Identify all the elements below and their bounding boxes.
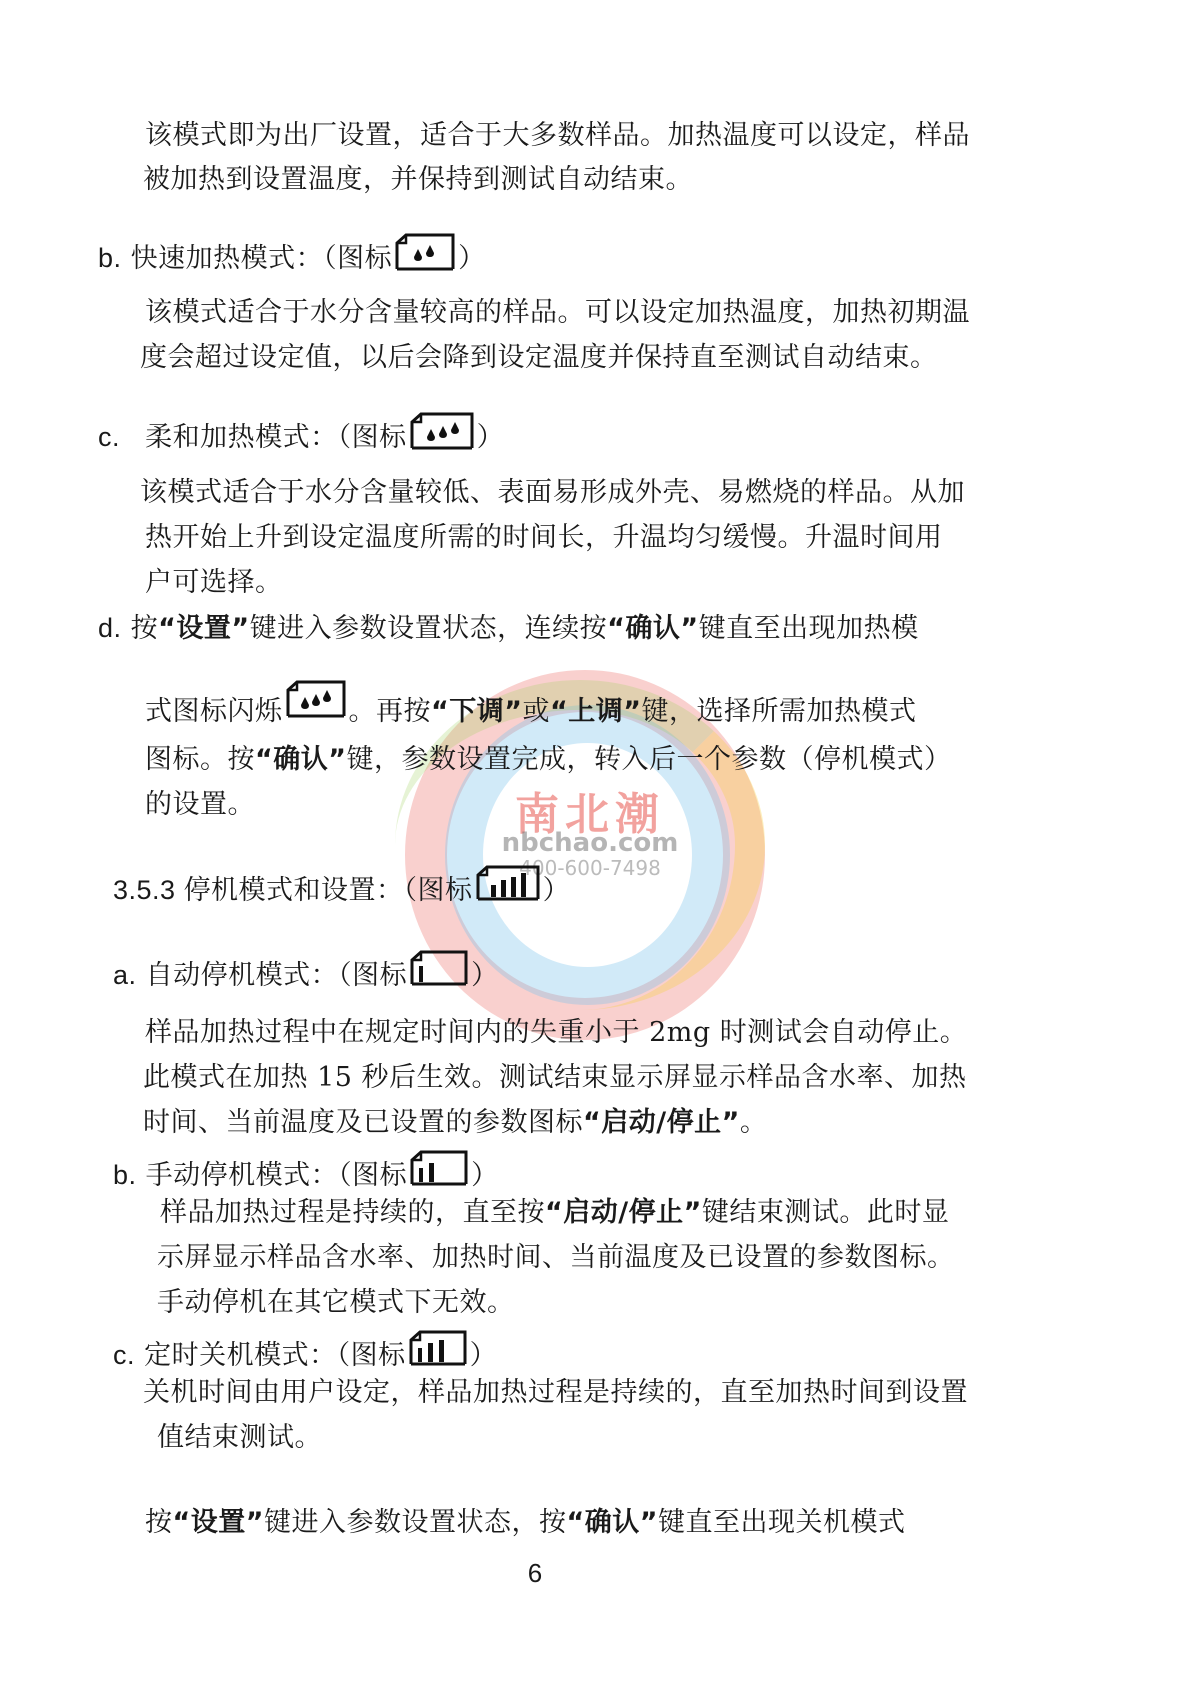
heating-setup-line-2: 式图标闪烁 。再按“下调”或“上调”键，选择所需加热模式 <box>145 680 917 730</box>
list-marker: a. <box>113 960 137 990</box>
heating-setup-line-3: 图标。按“确认”键，参数设置完成，转入后一个参数（停机模式） <box>145 742 952 778</box>
auto-stop-heading: a. 自动停机模式：（图标 ） <box>113 950 499 994</box>
gentle-mode-desc-3: 户可选择。 <box>145 565 283 601</box>
list-marker: c. <box>113 1340 135 1370</box>
fast-mode-desc-1: 该模式适合于水分含量较高的样品。可以设定加热温度，加热初期温 <box>145 295 970 331</box>
watermark-site: nbchao.com <box>395 828 785 858</box>
section-heading-stop-mode: 3.5.3停机模式和设置：（图标 ） <box>113 865 570 909</box>
key-confirm: “确认” <box>255 744 347 775</box>
text: 图标。按 <box>145 744 255 775</box>
text: 键，选择所需加热模式 <box>642 696 917 727</box>
auto-stop-desc-3: 时间、当前温度及已设置的参数图标“启动/停止”。 <box>143 1105 767 1141</box>
text: 键进入参数设置状态，连续按 <box>250 613 608 644</box>
key-start-stop: “启动/停止” <box>583 1107 740 1138</box>
timed-stop-icon <box>408 1330 468 1368</box>
text: 键进入参数设置状态，按 <box>264 1507 567 1538</box>
auto-stop-title: 自动停机模式：（图标 <box>146 960 408 991</box>
auto-stop-desc-2: 此模式在加热 15 秒后生效。测试结束显示屏显示样品含水率、加热 <box>143 1060 967 1096</box>
section-title: 停机模式和设置：（图标 <box>184 875 473 906</box>
auto-stop-desc-1: 样品加热过程中在规定时间内的失重小于 2mg 时测试会自动停止。 <box>145 1015 967 1051</box>
list-marker: d. <box>98 613 122 643</box>
page-number: 6 <box>0 1558 1070 1589</box>
text: 键直至出现关机模式 <box>658 1507 906 1538</box>
timed-stop-title: 定时关机模式：（图标 <box>144 1340 406 1371</box>
gentle-mode-desc-2: 热开始上升到设定温度所需的时间长，升温均匀缓慢。升温时间用 <box>145 520 943 556</box>
gentle-mode-heading: c. 柔和加热模式：（图标 ） <box>98 412 504 456</box>
auto-stop-close: ） <box>471 960 499 991</box>
standard-mode-desc-1: 该模式即为出厂设置，适合于大多数样品。加热温度可以设定，样品 <box>145 118 970 154</box>
manual-stop-heading: b. 手动停机模式：（图标 ） <box>113 1150 499 1194</box>
key-confirm: “确认” <box>607 613 699 644</box>
key-settings: “设置” <box>158 613 250 644</box>
key-down: “下调” <box>431 696 523 727</box>
list-marker: b. <box>113 1160 137 1190</box>
gentle-mode-close: ） <box>477 422 505 453</box>
text: 按 <box>145 1507 173 1538</box>
auto-stop-icon <box>409 950 469 988</box>
timed-stop-close: ） <box>470 1340 498 1371</box>
text: 按 <box>131 613 159 644</box>
manual-stop-desc-3: 手动停机在其它模式下无效。 <box>157 1285 515 1321</box>
timed-stop-desc-1: 关机时间由用户设定，样品加热过程是持续的，直至加热时间到设置 <box>143 1375 968 1411</box>
text: 。 <box>740 1107 768 1138</box>
manual-stop-desc-1: 样品加热过程是持续的，直至按“启动/停止”键结束测试。此时显 <box>160 1195 949 1231</box>
fast-mode-desc-2: 度会超过设定值，以后会降到设定温度并保持直至测试自动结束。 <box>140 340 938 376</box>
heating-setup-line-4: 的设置。 <box>145 787 255 823</box>
text: 键直至出现加热模 <box>699 613 919 644</box>
text: 样品加热过程是持续的，直至按 <box>160 1197 545 1228</box>
section-close: ） <box>543 875 571 906</box>
list-marker: b. <box>98 243 122 273</box>
stop-mode-icon <box>475 865 541 903</box>
fast-heating-mode-icon <box>394 233 456 271</box>
standard-mode-desc-2: 被加热到设置温度，并保持到测试自动结束。 <box>143 162 693 198</box>
watermark-brand: 南北潮 <box>395 778 785 842</box>
heating-mode-blink-icon <box>285 680 347 718</box>
text: 式图标闪烁 <box>145 696 283 727</box>
text: 键，参数设置完成，转入后一个参数（停机模式） <box>347 744 952 775</box>
timed-stop-desc-2: 值结束测试。 <box>157 1420 322 1456</box>
key-start-stop: “启动/停止” <box>545 1197 702 1228</box>
manual-stop-close: ） <box>471 1160 499 1191</box>
heating-setup-line-1: d. 按“设置”键进入参数设置状态，连续按“确认”键直至出现加热模 <box>98 610 919 647</box>
manual-stop-icon <box>409 1150 469 1188</box>
text: 键结束测试。此时显 <box>702 1197 950 1228</box>
fast-mode-close: ） <box>458 243 486 274</box>
section-number: 3.5.3 <box>113 875 176 905</box>
text: 。再按 <box>349 696 432 727</box>
key-confirm: “确认” <box>567 1507 659 1538</box>
text: 或 <box>523 696 551 727</box>
gentle-mode-title: 柔和加热模式：（图标 <box>145 422 407 453</box>
timed-stop-heading: c. 定时关机模式：（图标 ） <box>113 1330 497 1374</box>
manual-stop-desc-2: 示屏显示样品含水率、加热时间、当前温度及已设置的参数图标。 <box>157 1240 955 1276</box>
stop-setup-line-1: 按“设置”键进入参数设置状态，按“确认”键直至出现关机模式 <box>145 1505 906 1541</box>
fast-mode-title: 快速加热模式：（图标 <box>131 243 393 274</box>
manual-stop-title: 手动停机模式：（图标 <box>146 1160 408 1191</box>
gentle-mode-desc-1: 该模式适合于水分含量较低、表面易形成外壳、易燃烧的样品。从加 <box>140 475 965 511</box>
text: 时间、当前温度及已设置的参数图标 <box>143 1107 583 1138</box>
key-up: “上调” <box>550 696 642 727</box>
fast-mode-heading: b. 快速加热模式：（图标 ） <box>98 233 486 277</box>
gentle-heating-mode-icon <box>409 412 475 450</box>
key-settings: “设置” <box>173 1507 265 1538</box>
list-marker: c. <box>98 422 120 452</box>
